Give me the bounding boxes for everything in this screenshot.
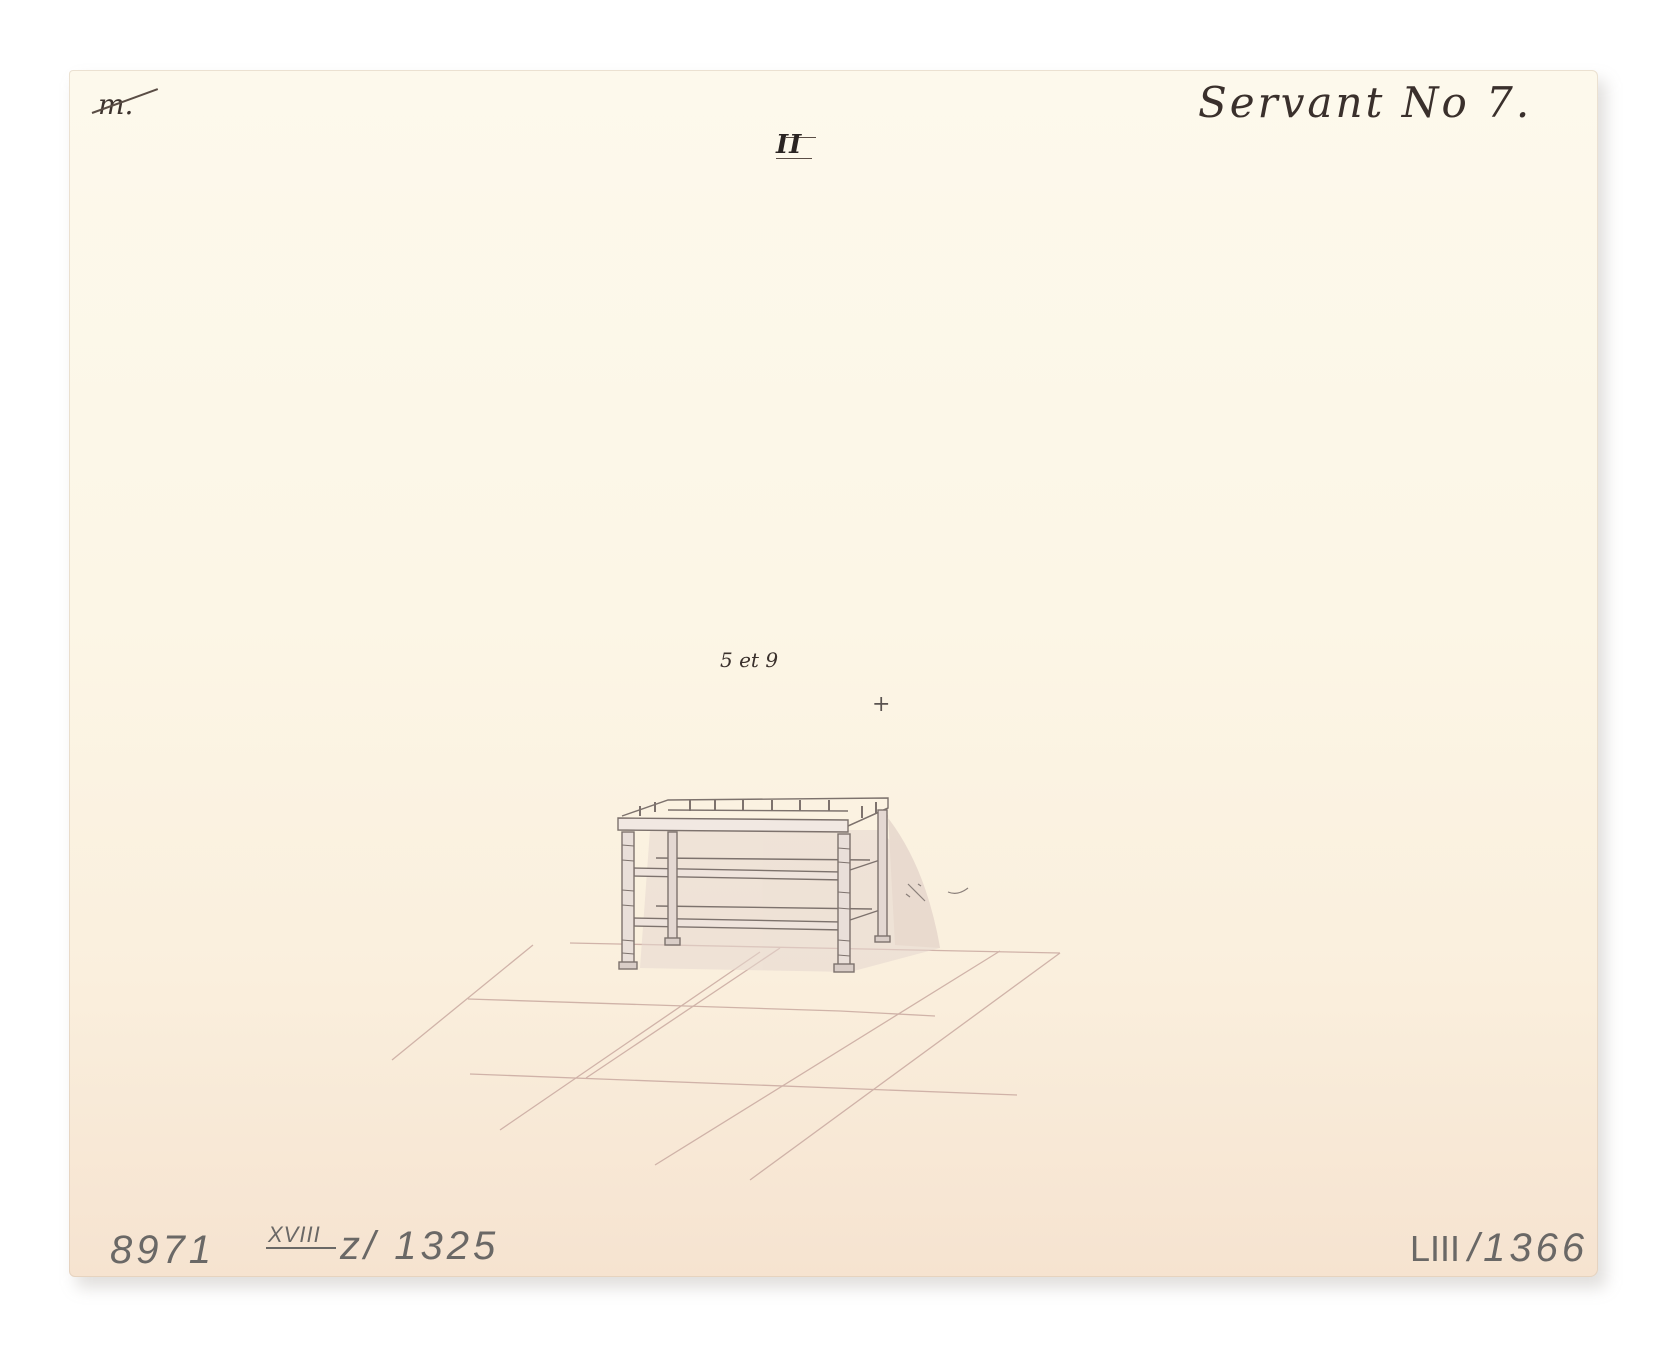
inventory-roman-underline bbox=[266, 1247, 336, 1249]
plate-number-underline bbox=[776, 158, 812, 159]
plate-number: II bbox=[776, 130, 802, 160]
scan-stage: m. II Servant No 7. 5 et 9 + 8971 XVIII … bbox=[0, 0, 1680, 1352]
paper-sheet bbox=[69, 70, 1598, 1277]
drawing-title: Servant No 7. bbox=[1198, 78, 1532, 127]
inventory-number-left: 8971 bbox=[110, 1228, 215, 1273]
cross-mark: + bbox=[872, 692, 890, 717]
inventory-number-middle: z/ 1325 bbox=[340, 1224, 499, 1269]
inventory-roman-middle: XVIII bbox=[268, 1222, 321, 1248]
inventory-number-right: /1366 bbox=[1468, 1226, 1588, 1271]
inventory-roman-right: LIII bbox=[1410, 1228, 1460, 1270]
reference-note: 5 et 9 bbox=[720, 648, 778, 672]
